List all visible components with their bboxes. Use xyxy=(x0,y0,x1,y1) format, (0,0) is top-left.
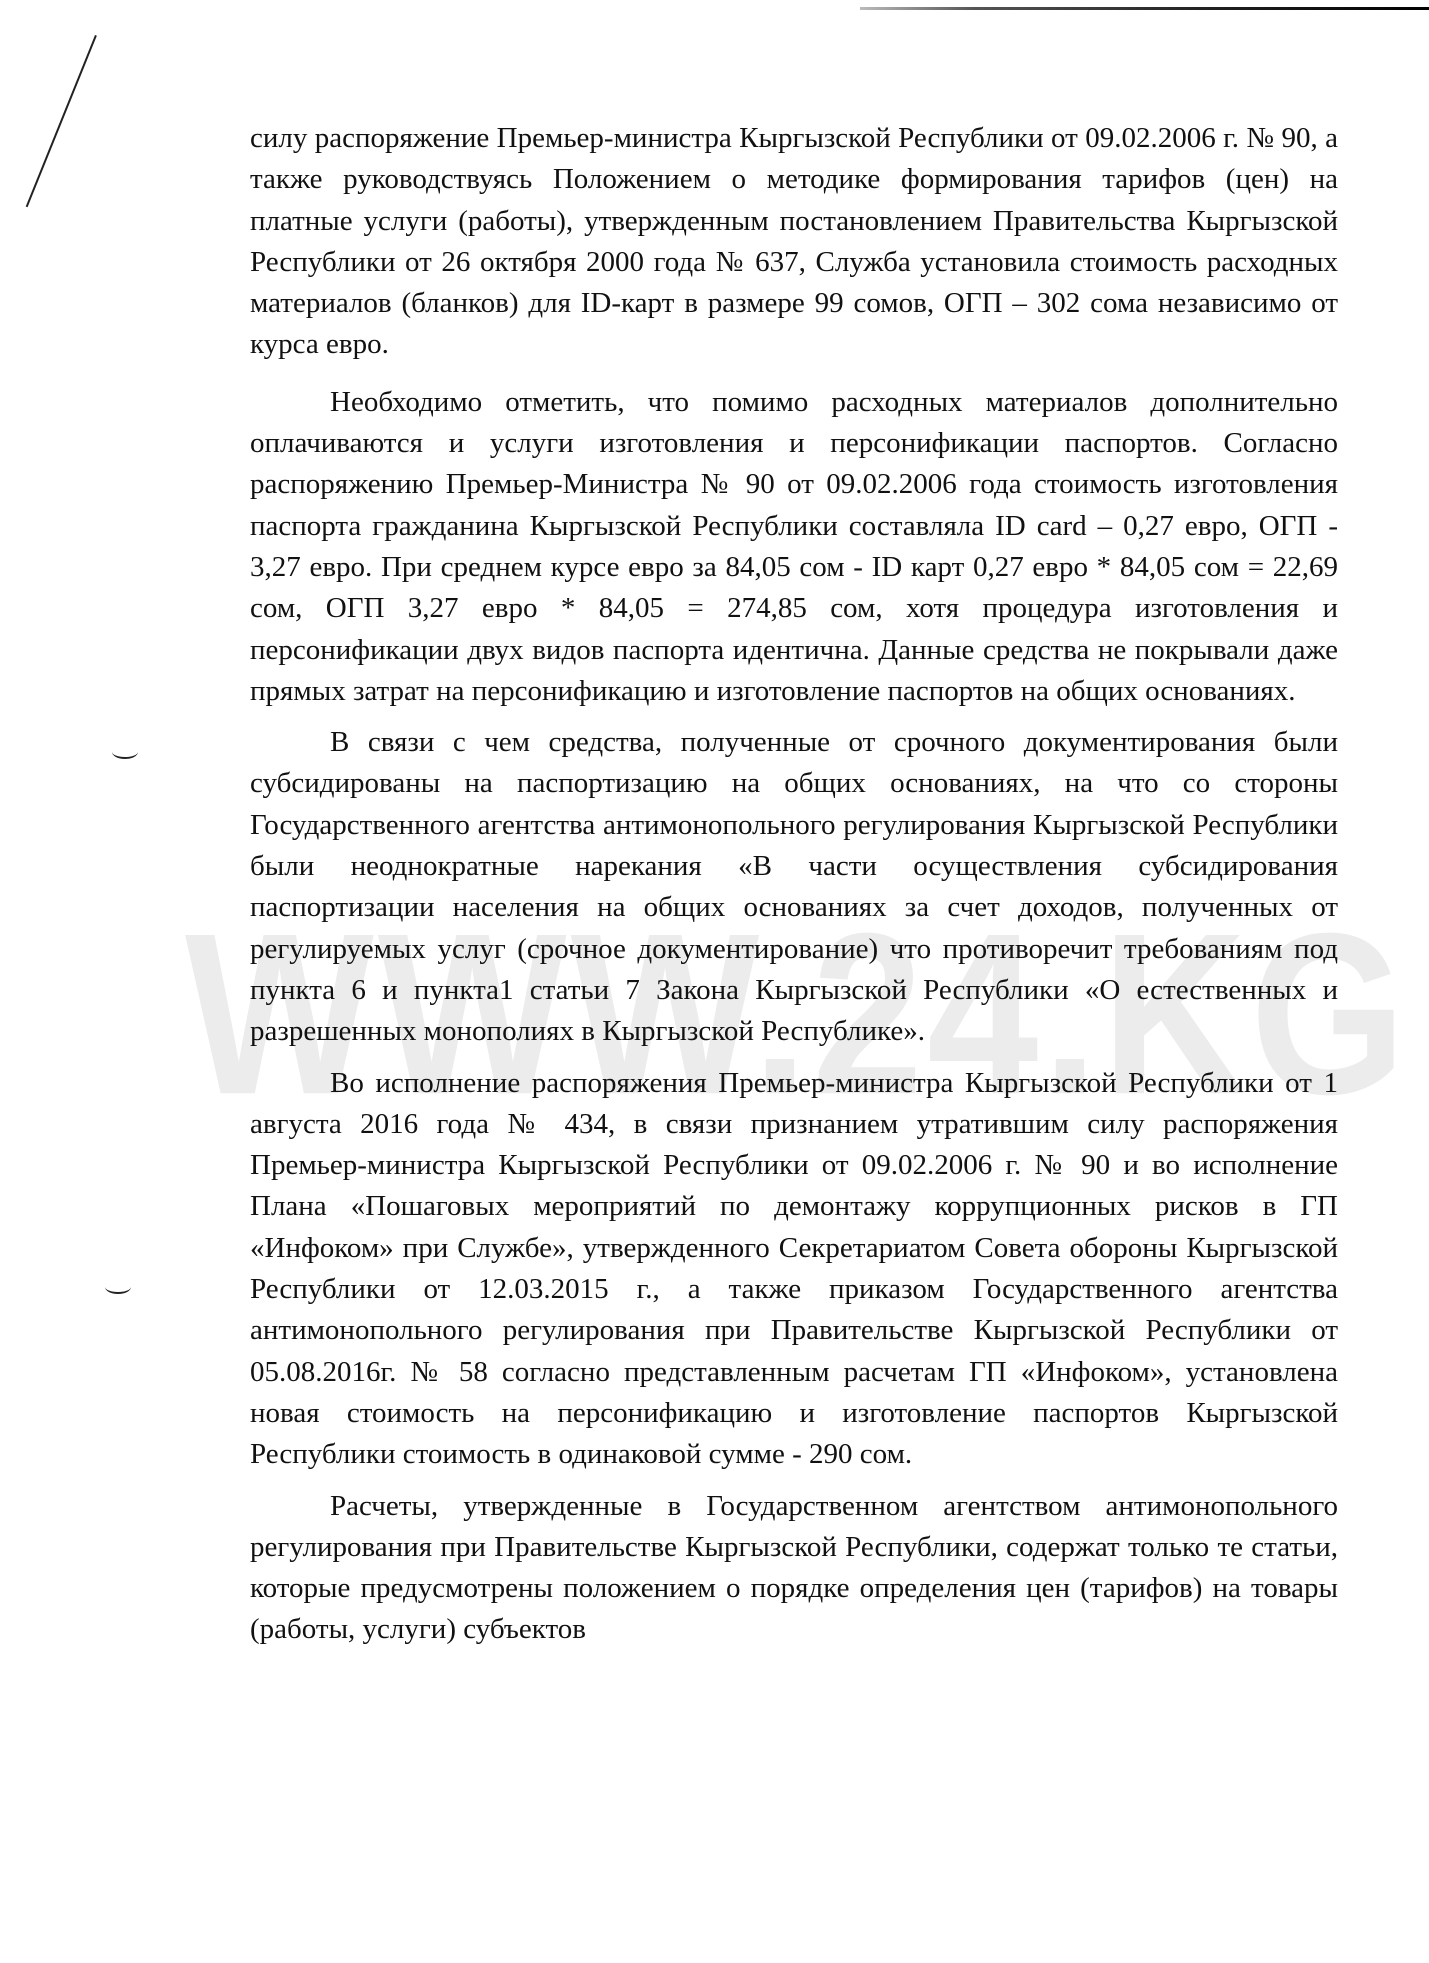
paragraph-5: Расчеты, утвержденные в Государственном … xyxy=(250,1486,1338,1651)
paragraph-3: В связи с чем средства, полученные от ср… xyxy=(250,722,1338,1052)
scan-edge-line xyxy=(860,7,1429,10)
paragraph-4: Во исполнение распоряжения Премьер-минис… xyxy=(250,1063,1338,1476)
handwritten-slash-mark xyxy=(26,35,97,207)
document-page: силу распоряжение Премьер-министра Кыргы… xyxy=(250,118,1338,1651)
binder-hole-mark xyxy=(105,1280,131,1294)
paragraph-2: Необходимо отметить, что помимо расходны… xyxy=(250,382,1338,712)
binder-hole-mark xyxy=(112,745,138,759)
paragraph-1: силу распоряжение Премьер-министра Кыргы… xyxy=(250,118,1338,366)
